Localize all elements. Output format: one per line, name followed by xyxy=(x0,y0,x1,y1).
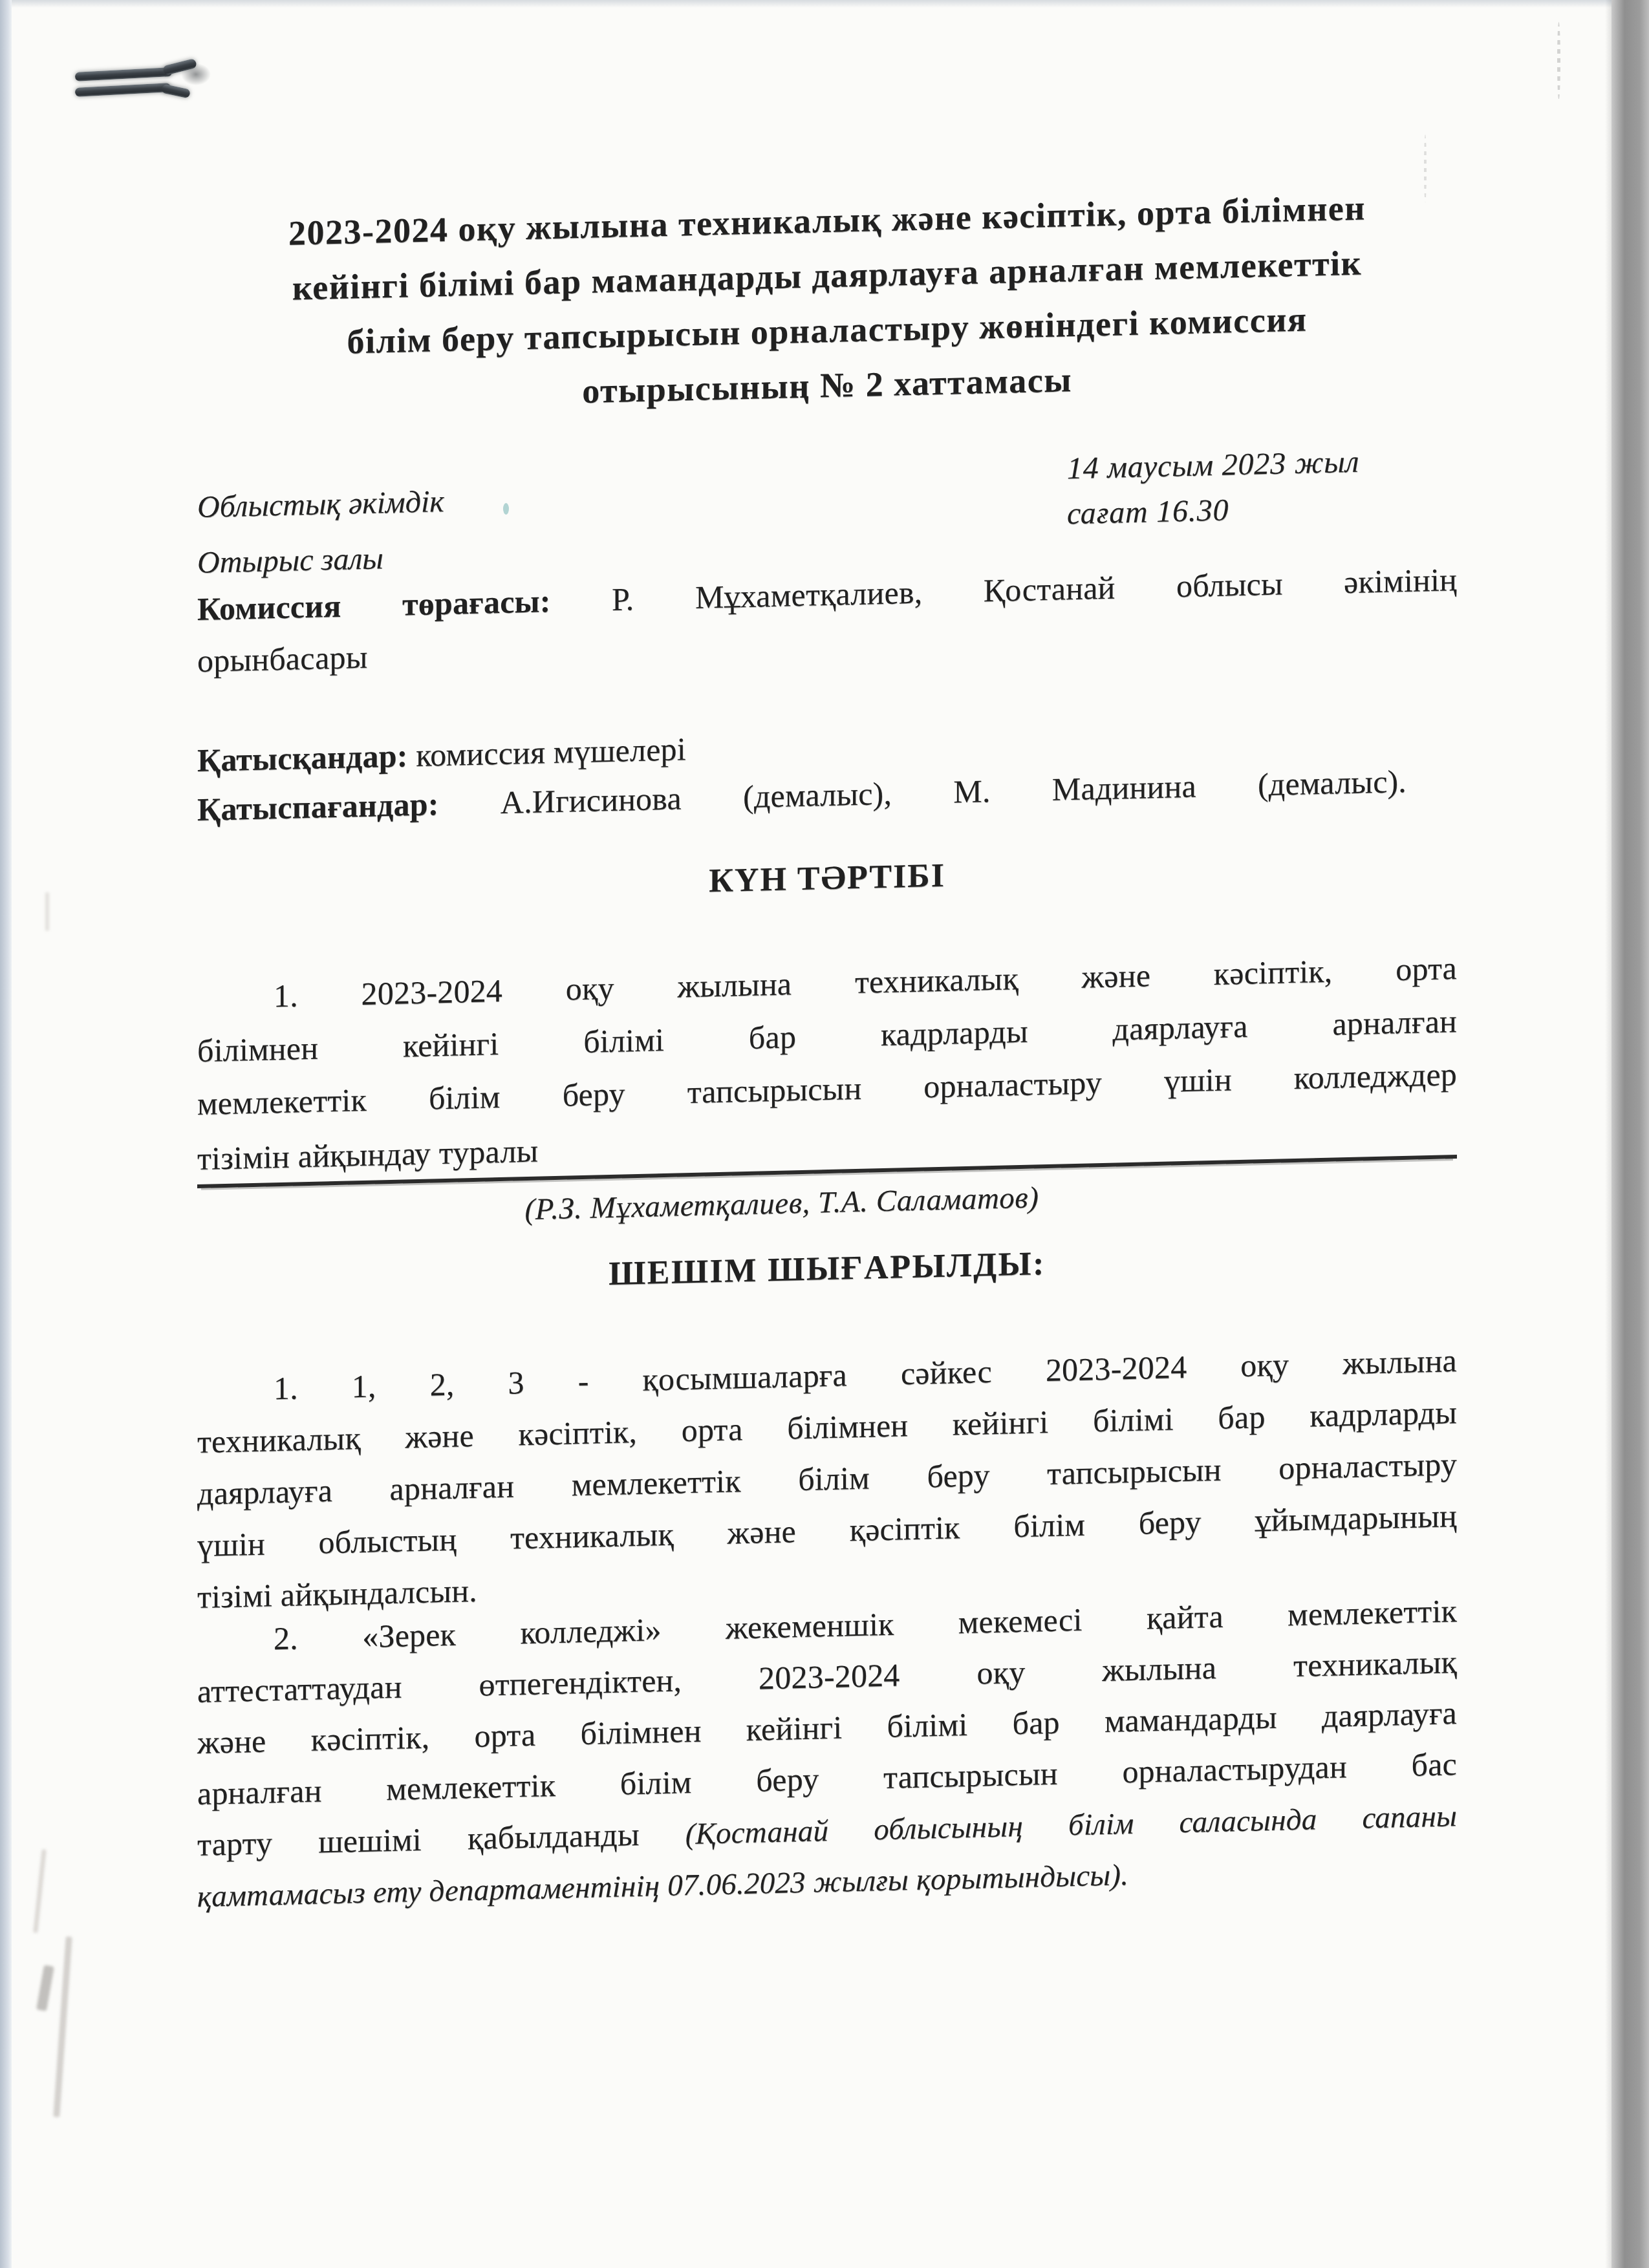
decision2-line5-note: (Қостанай облысының білім саласында сапа… xyxy=(685,1799,1457,1851)
agenda-heading-text: КҮН ТӘРТІБІ xyxy=(197,844,1457,912)
dotted-streak xyxy=(1557,22,1560,100)
edge-smudge-2 xyxy=(53,1936,72,2117)
time-line: сағат 16.30 xyxy=(1067,482,1455,537)
scan-right-edge xyxy=(1611,0,1649,2268)
absent-label: Қатыспағандар: xyxy=(197,786,439,828)
decision2-line5-text: тарту шешімі қабылданды xyxy=(197,1816,640,1863)
decision-heading: ШЕШІМ ШЫҒАРЫЛДЫ: xyxy=(197,1235,1457,1303)
present-label: Қатысқандар: xyxy=(197,737,408,778)
decision-item-1: 1. 1, 2, 3 - қосымшаларға сәйкес 2023-20… xyxy=(197,1334,1457,1623)
staple-top-bar xyxy=(75,67,173,81)
chairman-label: Комиссия төрағасы: xyxy=(197,583,551,627)
decision-item-2: 2. «Зерек колледжі» жекеменшік мекемесі … xyxy=(197,1585,1457,1923)
scanned-page: 2023-2024 оқу жылына техникалық және кәс… xyxy=(0,0,1649,2268)
participants-block: Қатысқандар: комиссия мүшелері Қатыспаға… xyxy=(197,706,1457,834)
edge-smudge-4 xyxy=(45,892,49,931)
document-title: 2023-2024 оқу жылына техникалық және кәс… xyxy=(197,178,1457,428)
scan-left-edge xyxy=(0,0,12,2268)
agenda-paragraph: 1. 2023-2024 оқу жылына техникалық және … xyxy=(197,941,1457,1235)
edge-smudge-3 xyxy=(36,1965,54,2011)
staple-bottom-bend xyxy=(161,84,191,99)
date-time: 14 маусым 2023 жыл сағат 16.30 xyxy=(1067,437,1455,537)
present-text: комиссия мүшелері xyxy=(416,731,686,773)
scan-right-edge-shadow xyxy=(1605,0,1611,2268)
venue: Облыстық әкімдік Отырыс залы xyxy=(197,468,689,591)
staple-bottom-bar xyxy=(75,83,171,97)
agenda-heading: КҮН ТӘРТІБІ xyxy=(197,844,1457,912)
staple-artifact xyxy=(72,62,202,114)
document-content: 2023-2024 оқу жылына техникалық және кәс… xyxy=(197,0,1457,2268)
decision-heading-text: ШЕШІМ ШЫҒАРЫЛДЫ: xyxy=(197,1235,1457,1303)
edge-smudge-1 xyxy=(33,1849,47,1933)
